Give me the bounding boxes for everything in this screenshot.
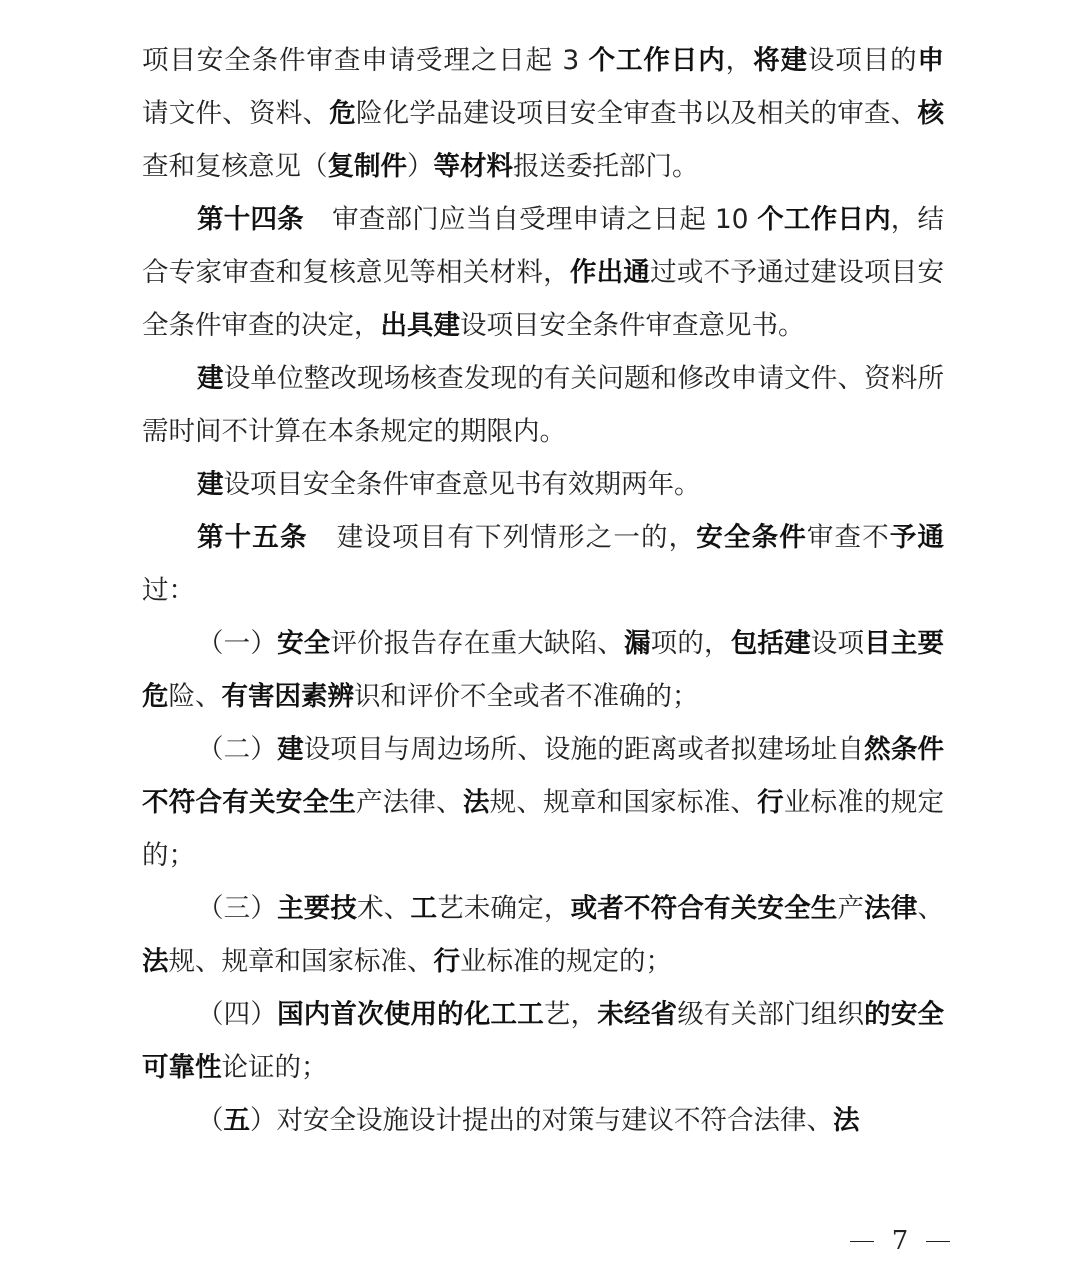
- text-segment: 评价报告存在重大缺陷、: [330, 628, 624, 659]
- text-segment: 产: [837, 893, 864, 924]
- text-segment-bold: 包括建: [731, 628, 811, 659]
- text-segment-bold: 复制件: [328, 151, 408, 182]
- item-number: （一）: [197, 628, 277, 659]
- text-segment: 建设项目有下列情形之一的，: [336, 522, 697, 553]
- text-segment-bold: 工: [411, 893, 438, 924]
- text-segment-bold: 或者不符合有关安全生: [571, 893, 838, 924]
- text-segment-bold: 建: [277, 734, 304, 765]
- text-segment-bold: 个工作日内: [757, 204, 891, 235]
- text-segment-bold: 作出通: [570, 257, 650, 288]
- item-number-open: （: [197, 1105, 224, 1136]
- text-segment-bold: 行: [434, 946, 461, 977]
- text-segment: 业标准的规定的；: [460, 946, 672, 977]
- text-segment-bold: 建: [197, 363, 224, 394]
- text-segment: 论证的；: [222, 1052, 328, 1083]
- text-segment-bold: 法律: [864, 893, 917, 924]
- item-number-value: 五: [224, 1105, 251, 1136]
- text-segment: 设项目安全条件审查意见书有效期两年。: [224, 469, 701, 500]
- paragraph-14-clause-2: 建设单位整改现场核查发现的有关问题和修改申请文件、资料所需时间不计算在本条规定的…: [142, 352, 944, 458]
- paragraph-14-clause-3: 建设项目安全条件审查意见书有效期两年。: [142, 458, 944, 511]
- text-segment-bold: 法: [463, 787, 490, 818]
- article-heading: 第十四条: [197, 204, 304, 235]
- text-segment: 设项目的: [808, 45, 918, 76]
- document-page: 项目安全条件审查申请受理之日起 3 个工作日内，将建设项目的申请文件、资料、危险…: [142, 34, 944, 1147]
- text-segment-bold: 法: [833, 1105, 860, 1136]
- text-segment: 设项: [811, 628, 864, 659]
- text-segment-bold: 个工作日内: [589, 45, 726, 76]
- text-segment-bold: 将建: [753, 45, 808, 76]
- text-segment-bold: 出具建: [381, 310, 461, 341]
- page-number: 7: [850, 1224, 950, 1258]
- text-segment-bold: 主要技: [277, 893, 357, 924]
- text-segment-bold: 危: [329, 98, 356, 129]
- text-segment: 过：: [142, 575, 195, 606]
- text-segment-bold: 申: [918, 45, 945, 76]
- text-segment: 艺未确定，: [437, 893, 570, 924]
- list-item-2: （二）建设项目与周边场所、设施的距离或者拟建场址自然条件不符合有关安全生产法律、…: [142, 723, 944, 882]
- text-segment-bold: 有害因素辨: [222, 681, 355, 712]
- text-segment-bold: 行: [757, 787, 784, 818]
- text-segment-bold: 等材料: [434, 151, 514, 182]
- text-segment-bold: 建: [197, 469, 224, 500]
- text-segment: 艺，: [544, 999, 597, 1030]
- text-segment: 设项目与周边场所、设施的距离或者拟建场址自: [304, 734, 864, 765]
- article-heading: 第十五条: [197, 522, 308, 553]
- paragraph-article-14: 第十四条审查部门应当自受理申请之日起 10 个工作日内，结合专家审查和复核意见等…: [142, 193, 944, 352]
- page-number-dash-left: [850, 1241, 874, 1242]
- text-segment-bold: 予通: [890, 522, 944, 553]
- text-segment: ）: [407, 151, 434, 182]
- text-segment: ，: [726, 45, 753, 76]
- text-segment: 、: [918, 893, 945, 924]
- text-segment-bold: 未经省: [597, 999, 677, 1030]
- text-segment-bold: 法: [142, 946, 169, 977]
- text-segment: 设单位整改现场核查发现的有关问题和修改申请文件、资料所需时间不计算在本条规定的期…: [142, 363, 944, 447]
- text-segment: 规、规章和国家标准、: [169, 946, 434, 977]
- text-segment-bold: 漏: [624, 628, 651, 659]
- text-segment: 设项目安全条件审查意见书。: [460, 310, 805, 341]
- item-number: （二）: [197, 734, 277, 765]
- text-segment: 产法律、: [356, 787, 463, 818]
- text-segment: 审查不: [807, 522, 890, 553]
- text-segment: 术、: [357, 893, 410, 924]
- text-segment: 级有关部门组织: [677, 999, 864, 1030]
- text-segment: 项目安全条件审查申请受理之日起 3: [142, 45, 589, 76]
- text-segment: 审查部门应当自受理申请之日起 10: [332, 204, 757, 235]
- page-number-dash-right: [926, 1241, 950, 1242]
- item-number: （四）: [197, 999, 277, 1030]
- list-item-1: （一）安全评价报告存在重大缺陷、漏项的，包括建设项目主要危险、有害因素辨识和评价…: [142, 617, 944, 723]
- item-number: （三）: [197, 893, 277, 924]
- list-item-5: （五）对安全设施设计提出的对策与建议不符合法律、法: [142, 1094, 944, 1147]
- text-segment: 请文件、资料、: [142, 98, 329, 129]
- list-item-4: （四）国内首次使用的化工工艺，未经省级有关部门组织的安全可靠性论证的；: [142, 988, 944, 1094]
- paragraph-continuation: 项目安全条件审查申请受理之日起 3 个工作日内，将建设项目的申请文件、资料、危险…: [142, 34, 944, 193]
- text-segment-bold: 安全: [277, 628, 330, 659]
- text-segment-bold: 安全条件: [696, 522, 807, 553]
- text-segment-bold: 国内首次使用的化工工: [277, 999, 544, 1030]
- page-number-value: 7: [892, 1226, 909, 1256]
- paragraph-article-15: 第十五条建设项目有下列情形之一的，安全条件审查不予通过：: [142, 511, 944, 617]
- text-segment: 险、: [169, 681, 222, 712]
- text-segment: 规、规章和国家标准、: [490, 787, 757, 818]
- text-segment-bold: 核: [918, 98, 945, 129]
- text-segment: ）对安全设施设计提出的对策与建议不符合法律、: [250, 1105, 833, 1136]
- text-segment: 报送委托部门。: [513, 151, 699, 182]
- list-item-3: （三）主要技术、工艺未确定，或者不符合有关安全生产法律、法规、规章和国家标准、行…: [142, 882, 944, 988]
- text-segment: 险化学品建设项目安全审查书以及相关的审查、: [356, 98, 918, 129]
- text-segment: 查和复核意见（: [142, 151, 328, 182]
- text-segment: 识和评价不全或者不准确的；: [354, 681, 699, 712]
- text-segment: 项的，: [651, 628, 731, 659]
